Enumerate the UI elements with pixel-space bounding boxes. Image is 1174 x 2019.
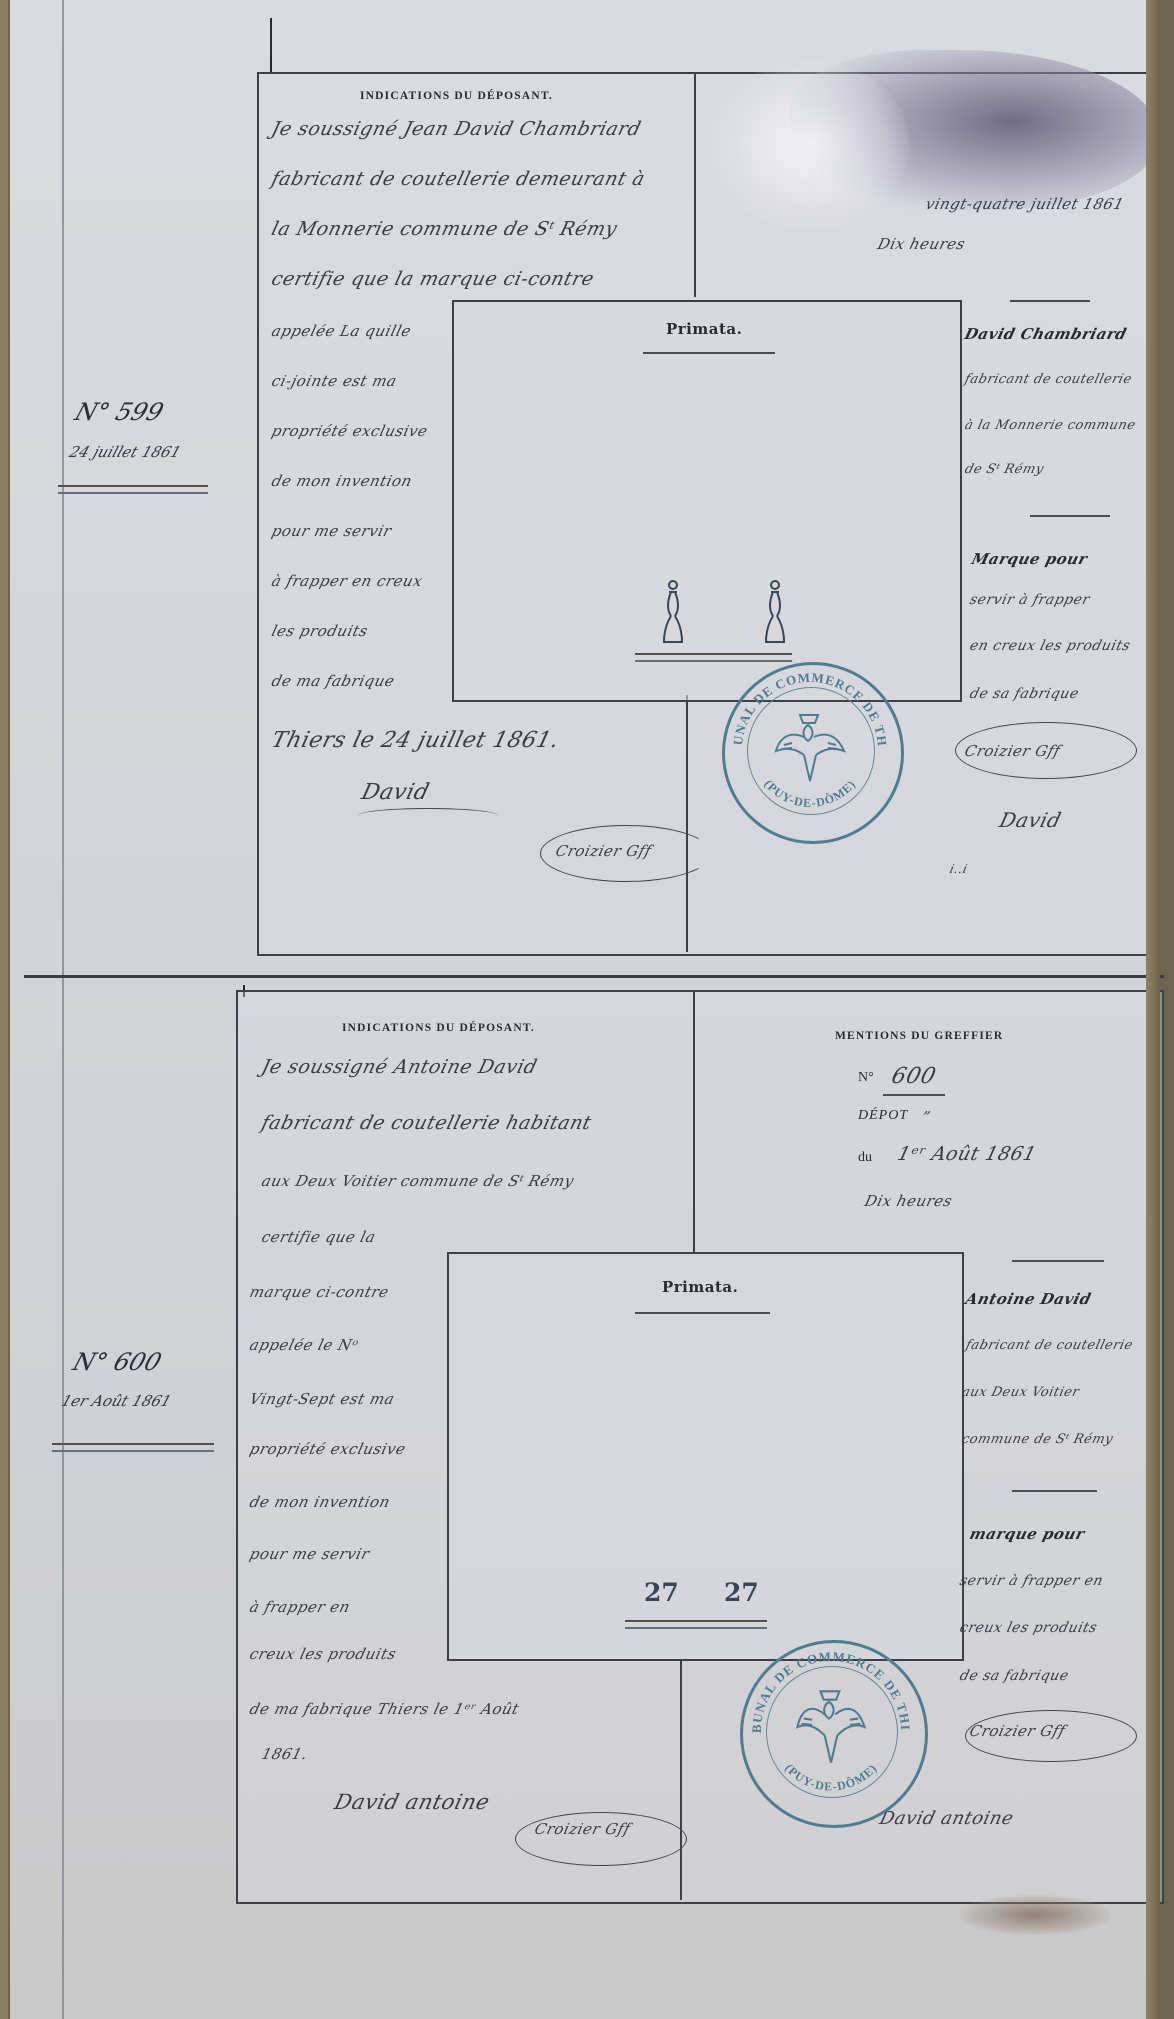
signature-flourish	[358, 808, 498, 823]
deposant-line: appelée La quille	[270, 322, 414, 340]
deposant-line: de mon invention	[270, 472, 414, 490]
greffier-rule	[1012, 1490, 1097, 1492]
mark-underline	[625, 1620, 767, 1629]
deposant-line: propriété exclusive	[248, 1440, 408, 1458]
column-rule	[680, 1660, 682, 1900]
greffier-purpose-line: servir à frapper	[968, 592, 1092, 608]
binding-edge-right	[1146, 0, 1160, 2019]
clerk-flourish	[965, 1710, 1137, 1762]
deposant-line: de ma fabrique	[270, 672, 397, 690]
greffier-name: David Chambriard	[963, 325, 1129, 343]
deposant-line: Vingt-Sept est ma	[248, 1390, 397, 1408]
skittle-icon	[762, 580, 788, 644]
deposant-line: à frapper en	[248, 1598, 352, 1616]
binding-edge-left	[0, 0, 8, 2019]
greffier-purpose-line: creux les produits	[958, 1620, 1099, 1636]
greffier-desc-line: aux Deux Voitier	[960, 1385, 1081, 1400]
deposant-line: les produits	[270, 622, 370, 640]
mark-number-left: 27	[644, 1578, 679, 1607]
erasure-mark	[710, 60, 910, 230]
deposant-line: certifie que la marque ci-contre	[269, 268, 596, 290]
du-label: du	[858, 1150, 872, 1166]
deposant-line: marque ci-contre	[248, 1283, 391, 1301]
deposant-line: 1861.	[260, 1745, 310, 1763]
mark-underline	[635, 653, 792, 662]
deposit-date: 1ᵉʳ Août 1861	[895, 1143, 1039, 1165]
imperial-eagle-icon	[770, 707, 850, 787]
greffier-header: MENTIONS DU GREFFIER	[835, 1030, 1003, 1042]
deposant-line: Je soussigné Jean David Chambriard	[269, 118, 643, 140]
greffier-date-line: vingt-quatre juillet 1861	[924, 195, 1126, 213]
deposit-number-rule	[883, 1094, 945, 1096]
greffier-rule	[1010, 300, 1090, 302]
column-rule	[686, 695, 688, 952]
mark-title-rule	[635, 1312, 770, 1314]
deposant-line: propriété exclusive	[270, 422, 430, 440]
greffier-desc-line: fabricant de coutellerie	[963, 372, 1133, 387]
deposant-line: Je soussigné Antoine David	[259, 1056, 539, 1078]
greffier-purpose-line: en creux les produits	[968, 638, 1132, 654]
place-date: Thiers le 24 juillet 1861.	[269, 728, 562, 753]
ruling-tick	[270, 18, 272, 73]
depot-label: DÉPOT	[858, 1108, 908, 1124]
no-label: N°	[858, 1070, 874, 1086]
deposant-line: ci-jointe est ma	[270, 372, 399, 390]
deposant-line: la Monnerie commune de Sᵗ Rémy	[269, 218, 619, 240]
deposant-line: fabricant de coutellerie demeurant à	[269, 168, 647, 190]
paper-stain	[960, 1895, 1110, 1935]
greffier-rule	[1012, 1260, 1104, 1262]
deposant-line: de ma fabrique Thiers le 1ᵉʳ Août	[248, 1700, 521, 1718]
deposant-line: pour me servir	[270, 522, 394, 540]
greffier-desc-line: fabricant de coutellerie	[964, 1338, 1134, 1353]
skittle-icon	[660, 580, 686, 644]
mark-title: Primata.	[662, 1278, 738, 1296]
greffier-desc-line: de Sᵗ Rémy	[963, 462, 1045, 477]
greffier-name: Antoine David	[964, 1290, 1093, 1308]
mark-box	[452, 300, 962, 702]
imperial-eagle-icon	[789, 1685, 873, 1769]
mark-number-right: 27	[724, 1578, 759, 1607]
deposit-number: 600	[889, 1064, 939, 1089]
deposant-line: aux Deux Voitier commune de Sᵗ Rémy	[260, 1172, 576, 1190]
entry-divider	[24, 975, 1164, 978]
depositor-signature: David	[359, 780, 432, 805]
ledger-number: N° 599	[71, 398, 167, 426]
deposant-line: appelée le Nᵒ	[248, 1336, 361, 1354]
deposant-line: fabricant de coutellerie habitant	[259, 1112, 594, 1134]
greffier-time-line: Dix heures	[876, 235, 967, 253]
greffier-purpose-line: de sa fabrique	[968, 686, 1081, 702]
deposant-header: INDICATIONS DU DÉPOSANT.	[360, 90, 553, 102]
deposant-header: INDICATIONS DU DÉPOSANT.	[342, 1022, 535, 1034]
greffier-desc-line: à la Monnerie commune	[963, 418, 1137, 433]
greffier-purpose-line: de sa fabrique	[958, 1668, 1071, 1684]
greffier-depositor-signature: David	[997, 808, 1064, 832]
clerk-flourish	[955, 722, 1137, 779]
column-rule	[694, 72, 696, 297]
clerk-flourish	[540, 825, 712, 882]
deposit-time: Dix heures	[863, 1192, 954, 1210]
greffier-desc-line: commune de Sᵗ Rémy	[960, 1432, 1115, 1447]
ledger-underline	[58, 485, 208, 494]
greffier-purpose-line: marque pour	[968, 1525, 1087, 1543]
clerk-flourish	[515, 1812, 687, 1866]
court-seal: TRIBUNAL DE COMMERCE DE THIERS (PUY-DE-D…	[740, 1640, 928, 1828]
depositor-signature: David antoine	[332, 1790, 492, 1814]
register-page: N° 599 24 juillet 1861 INDICATIONS DU DÉ…	[10, 0, 1160, 2019]
deposant-line: à frapper en creux	[270, 572, 425, 590]
ledger-number: N° 600	[69, 1348, 165, 1376]
greffier-purpose-line: servir à frapper en	[958, 1573, 1105, 1589]
ledger-underline	[52, 1443, 214, 1452]
mark-title-rule	[643, 352, 775, 354]
deposant-line: de mon invention	[248, 1493, 392, 1511]
mark-title: Primata.	[666, 320, 742, 338]
column-rule	[693, 990, 695, 1252]
greffier-rule	[1030, 515, 1110, 517]
greffier-note: i..i	[948, 862, 969, 876]
ledger-date: 24 juillet 1861	[67, 443, 183, 461]
deposant-line: pour me servir	[248, 1545, 372, 1563]
greffier-purpose-line: Marque pour	[970, 550, 1090, 568]
margin-rule	[62, 0, 64, 2019]
ledger-date: 1er Août 1861	[59, 1392, 174, 1410]
deposant-line: creux les produits	[248, 1645, 399, 1663]
deposant-line: certifie que la	[260, 1228, 378, 1246]
court-seal: TRIBUNAL DE COMMERCE DE THIERS (PUY-DE-D…	[722, 662, 904, 844]
